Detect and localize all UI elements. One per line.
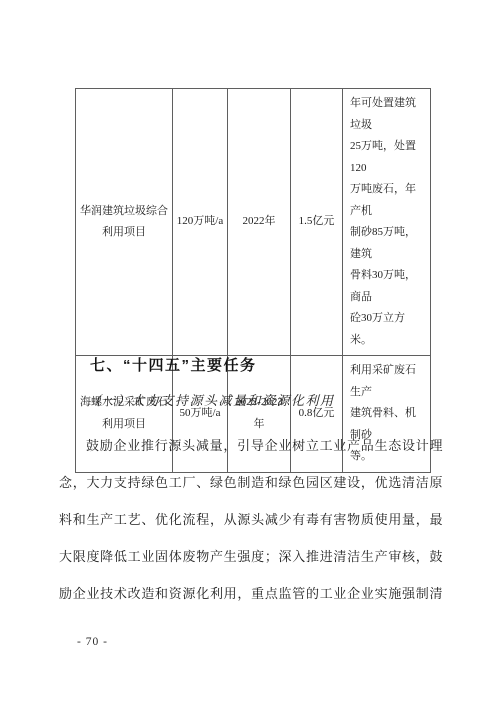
body-line: 励企业技术改造和资源化利用，重点监管的工业企业实施强制清 — [59, 575, 443, 612]
page-number: - 70 - — [77, 636, 108, 648]
body-line: 料和生产工艺、优化流程，从源头减少有毒有害物质使用量，最 — [59, 501, 443, 538]
body-line: 大限度降低工业固体废物产生强度；深入推进清洁生产审核，鼓 — [59, 538, 443, 575]
body-line: 鼓励企业推行源头减量，引导企业树立工业产品生态设计理 — [59, 427, 443, 464]
body-line: 念，大力支持绿色工厂、绿色制造和绿色园区建设，优选清洁原 — [59, 464, 443, 501]
project-name-cell: 华润建筑垃圾综合 利用项目 — [76, 89, 173, 356]
capacity-cell: 120万吨/a — [173, 89, 228, 356]
projects-table: 华润建筑垃圾综合 利用项目 120万吨/a 2022年 1.5亿元 年可处置建筑… — [75, 88, 431, 473]
document-page: 华润建筑垃圾综合 利用项目 120万吨/a 2022年 1.5亿元 年可处置建筑… — [0, 0, 500, 707]
year-cell: 2022年 — [228, 89, 291, 356]
description-cell: 年可处置建筑垃圾 25万吨，处置120 万吨废石，年产机 制砂85万吨，建筑 骨… — [343, 89, 431, 356]
table-row: 华润建筑垃圾综合 利用项目 120万吨/a 2022年 1.5亿元 年可处置建筑… — [76, 89, 431, 356]
subsection-heading: （一）大力支持源头减量和资源化利用 — [88, 390, 335, 409]
investment-cell: 1.5亿元 — [291, 89, 343, 356]
section-heading: 七、“十四五”主要任务 — [90, 354, 257, 375]
body-paragraph: 鼓励企业推行源头减量，引导企业树立工业产品生态设计理 念，大力支持绿色工厂、绿色… — [59, 427, 443, 612]
